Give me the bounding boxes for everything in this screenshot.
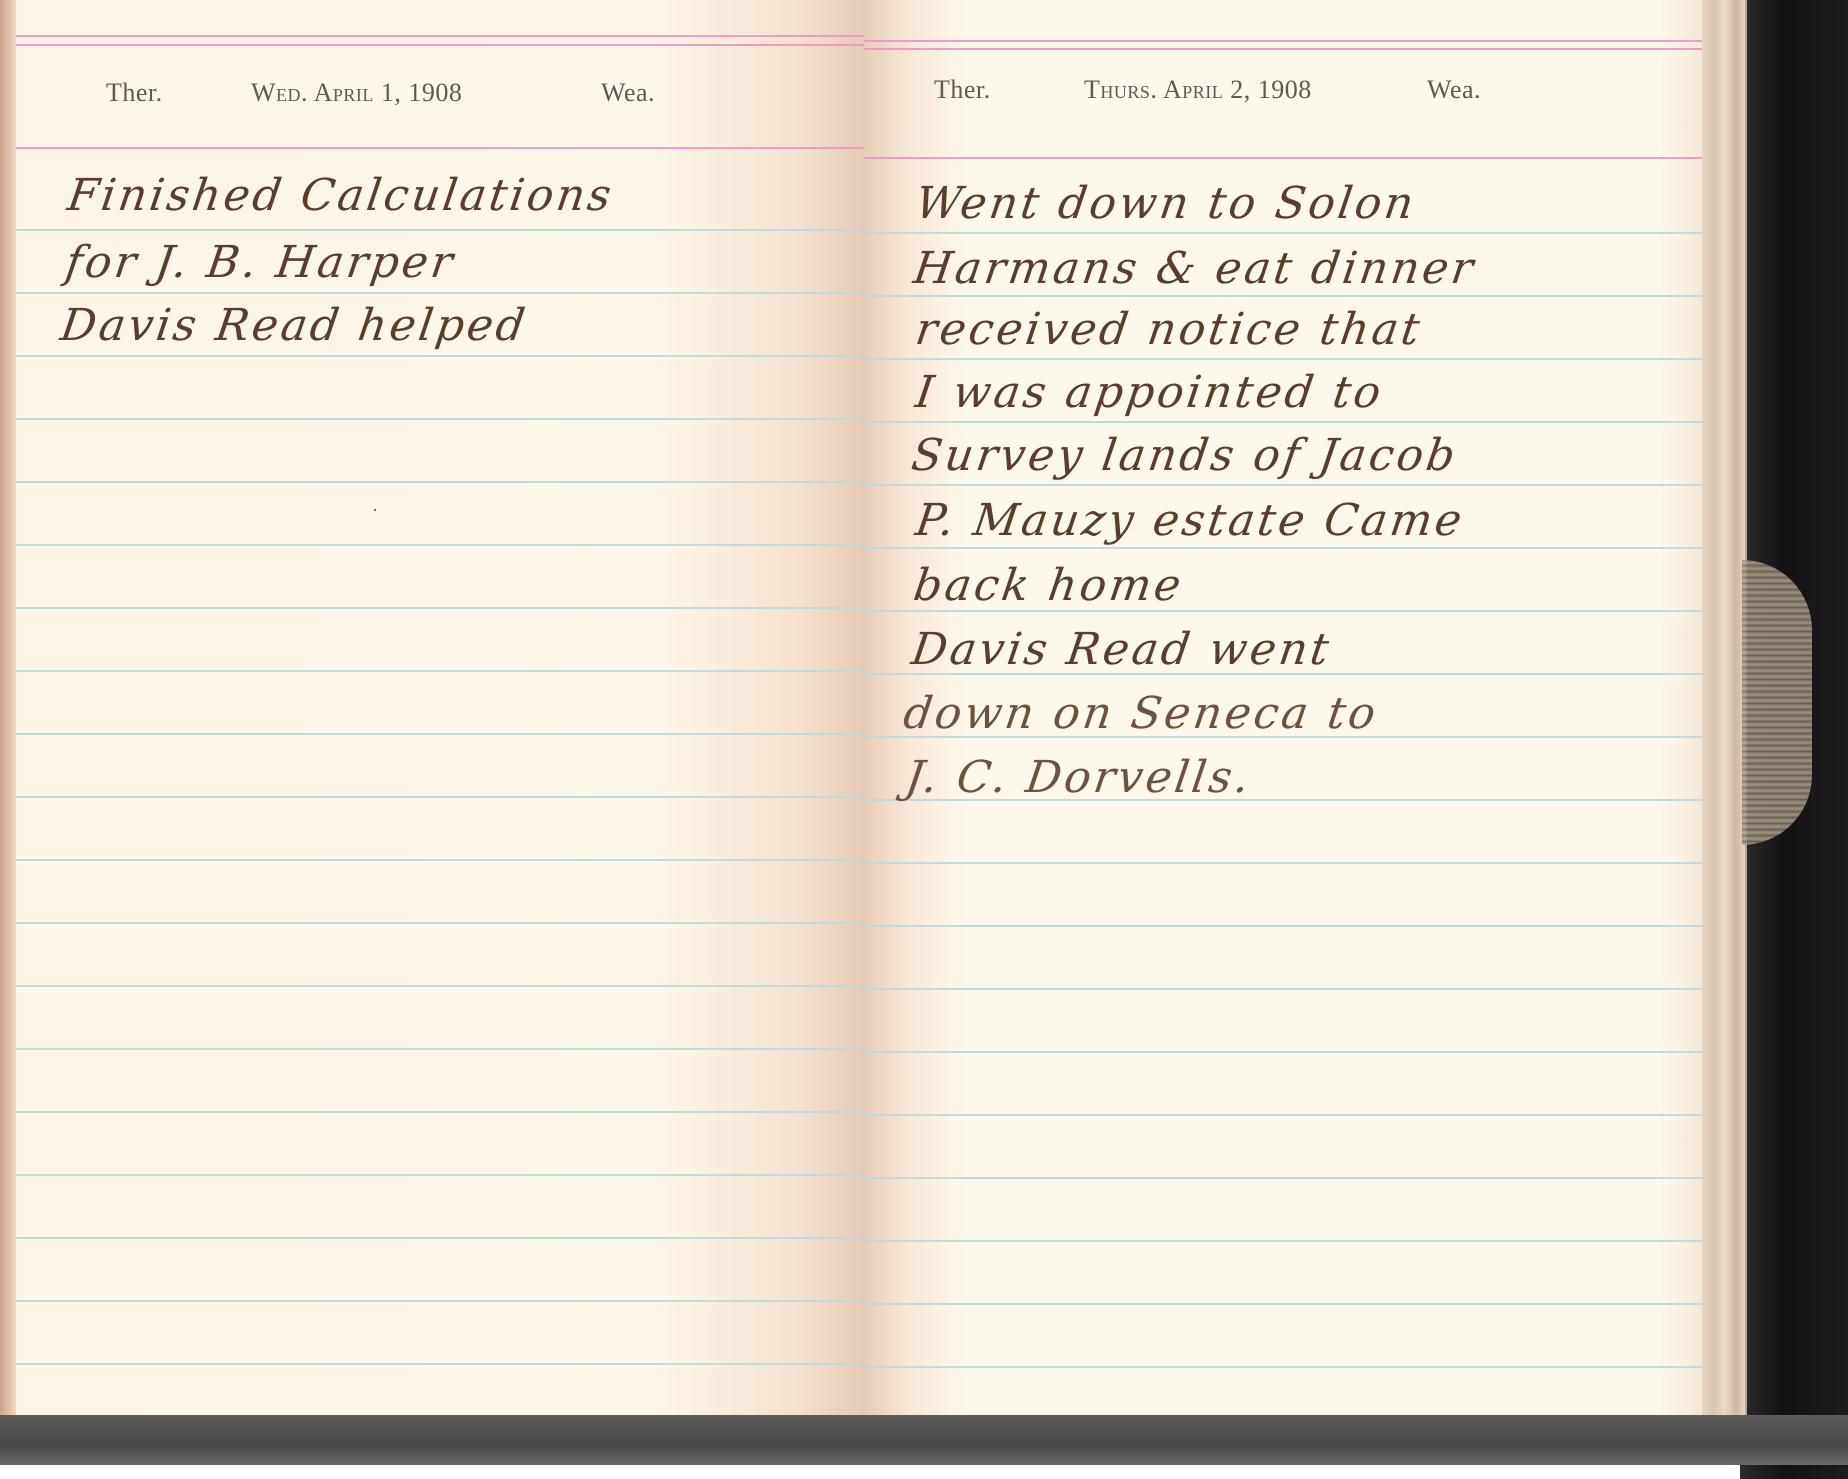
ther-label: Ther. xyxy=(934,75,991,105)
handwritten-line: back home xyxy=(910,560,1186,611)
handwritten-line: for J. B. Harper xyxy=(62,237,458,288)
left-page: Ther. Wed. April 1, 1908 Wea. Finished C… xyxy=(16,0,864,1418)
ruled-line xyxy=(16,355,864,357)
handwritten-line: Went down to Solon xyxy=(912,178,1419,229)
ruled-line xyxy=(16,1111,864,1113)
ruled-line xyxy=(16,292,864,294)
ink-speck: · xyxy=(372,500,378,521)
dark-background-bottom xyxy=(0,1415,1848,1465)
ruled-line xyxy=(864,988,1702,990)
ruled-line xyxy=(16,229,864,231)
pink-rule xyxy=(16,147,864,149)
ruled-line xyxy=(16,1363,864,1365)
ruled-line xyxy=(16,1237,864,1239)
ruled-line xyxy=(864,547,1702,549)
right-page: Ther. Thurs. April 2, 1908 Wea. Went dow… xyxy=(864,0,1702,1418)
ruled-line xyxy=(16,607,864,609)
ruled-line xyxy=(16,481,864,483)
ruled-line xyxy=(864,1051,1702,1053)
ruled-line xyxy=(864,1303,1702,1305)
ruled-line xyxy=(16,1300,864,1302)
ruled-line xyxy=(864,1177,1702,1179)
ruled-line xyxy=(864,358,1702,360)
wea-label: Wea. xyxy=(601,78,655,108)
pink-rule xyxy=(864,157,1702,159)
ruled-line xyxy=(16,985,864,987)
ruled-line xyxy=(864,925,1702,927)
date-heading: Wed. April 1, 1908 xyxy=(251,78,462,108)
ruled-line xyxy=(864,1240,1702,1242)
ruled-line xyxy=(16,1174,864,1176)
handwritten-line: Davis Read went xyxy=(908,624,1334,675)
ruled-line xyxy=(864,1114,1702,1116)
wea-label: Wea. xyxy=(1427,75,1481,105)
ther-label: Ther. xyxy=(106,78,163,108)
bookmark-ribbon xyxy=(1742,560,1812,845)
ruled-line xyxy=(16,733,864,735)
left-page-header: Ther. Wed. April 1, 1908 Wea. xyxy=(16,78,864,118)
ruled-line xyxy=(16,922,864,924)
handwritten-line: down on Seneca to xyxy=(900,688,1381,739)
handwritten-line: Harmans & eat dinner xyxy=(910,243,1479,294)
ruled-line xyxy=(864,862,1702,864)
date-heading: Thurs. April 2, 1908 xyxy=(1084,75,1312,105)
ruled-line xyxy=(864,421,1702,423)
ruled-line xyxy=(864,232,1702,234)
ruled-line xyxy=(16,796,864,798)
pink-rule xyxy=(16,35,864,37)
ruled-line xyxy=(864,484,1702,486)
handwritten-line: J. C. Dorvells. xyxy=(902,752,1255,803)
pink-rule xyxy=(864,40,1702,42)
pink-rule xyxy=(864,48,1702,50)
ruled-line xyxy=(16,859,864,861)
handwritten-line: received notice that xyxy=(912,304,1425,355)
ruled-line xyxy=(16,418,864,420)
ruled-line xyxy=(864,1366,1702,1368)
ruled-line xyxy=(16,670,864,672)
page-edges-stack xyxy=(1700,0,1747,1420)
ruled-line xyxy=(16,1048,864,1050)
ruled-line xyxy=(864,295,1702,297)
ruled-line xyxy=(16,544,864,546)
pink-rule xyxy=(16,44,864,46)
handwritten-line: I was appointed to xyxy=(912,367,1387,418)
right-page-header: Ther. Thurs. April 2, 1908 Wea. xyxy=(864,75,1702,115)
handwritten-line: Survey lands of Jacob xyxy=(908,430,1461,481)
handwritten-line: Finished Calculations xyxy=(64,170,617,221)
handwritten-line: Davis Read helped xyxy=(57,300,531,351)
handwritten-line: P. Mauzy estate Came xyxy=(912,495,1467,546)
